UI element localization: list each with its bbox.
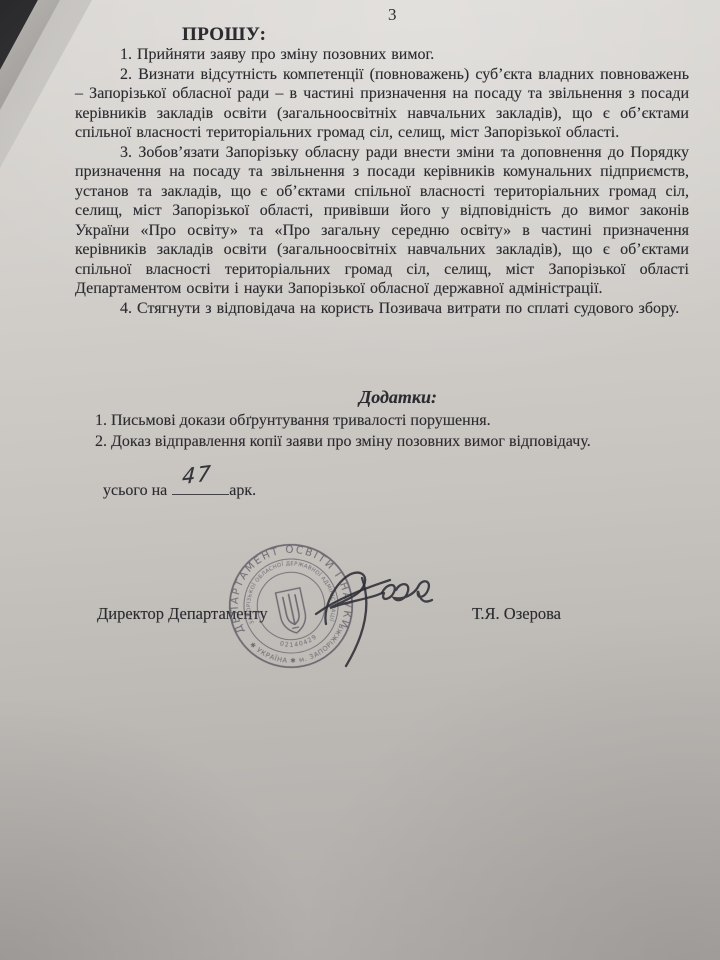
annex-item-2: 2. Доказ відправлення копії заяви про зм… <box>95 432 689 453</box>
document-photo: 3 ПРОШУ: 1. Прийняти заяву про зміну поз… <box>0 0 720 960</box>
total-sheets-suffix: арк. <box>229 482 256 499</box>
petition-item-1: 1. Прийняти заяву про зміну позовних вим… <box>75 45 689 65</box>
petition-item-3: 3. Зобов’язати Запорізьку обласну ради в… <box>75 143 689 299</box>
tryzub-emblem-icon <box>276 588 309 636</box>
annexes-heading: Додатки: <box>91 386 705 408</box>
page-number: 3 <box>388 5 397 25</box>
handwritten-sheet-count: 47 <box>182 463 214 488</box>
total-sheets-line: усього на47арк. <box>103 478 689 502</box>
total-sheets-prefix: усього на <box>103 482 167 499</box>
signer-name: Т.Я. Озерова <box>472 604 561 624</box>
petition-item-4: 4. Стягнути з відповідача на користь Поз… <box>75 299 689 319</box>
annex-item-1: 1. Письмові докази обґрунтування тривало… <box>95 411 689 432</box>
handwritten-signature-icon <box>310 560 442 674</box>
annexes-section: Додатки: 1. Письмові докази обґрунтуванн… <box>75 386 689 502</box>
petition-heading: ПРОШУ: <box>182 24 689 45</box>
blank-underline: 47 <box>172 478 229 495</box>
petition-item-2: 2. Визнати відсутність компетенції (повн… <box>75 65 689 143</box>
petition-section: ПРОШУ: 1. Прийняти заяву про зміну позов… <box>75 24 689 318</box>
